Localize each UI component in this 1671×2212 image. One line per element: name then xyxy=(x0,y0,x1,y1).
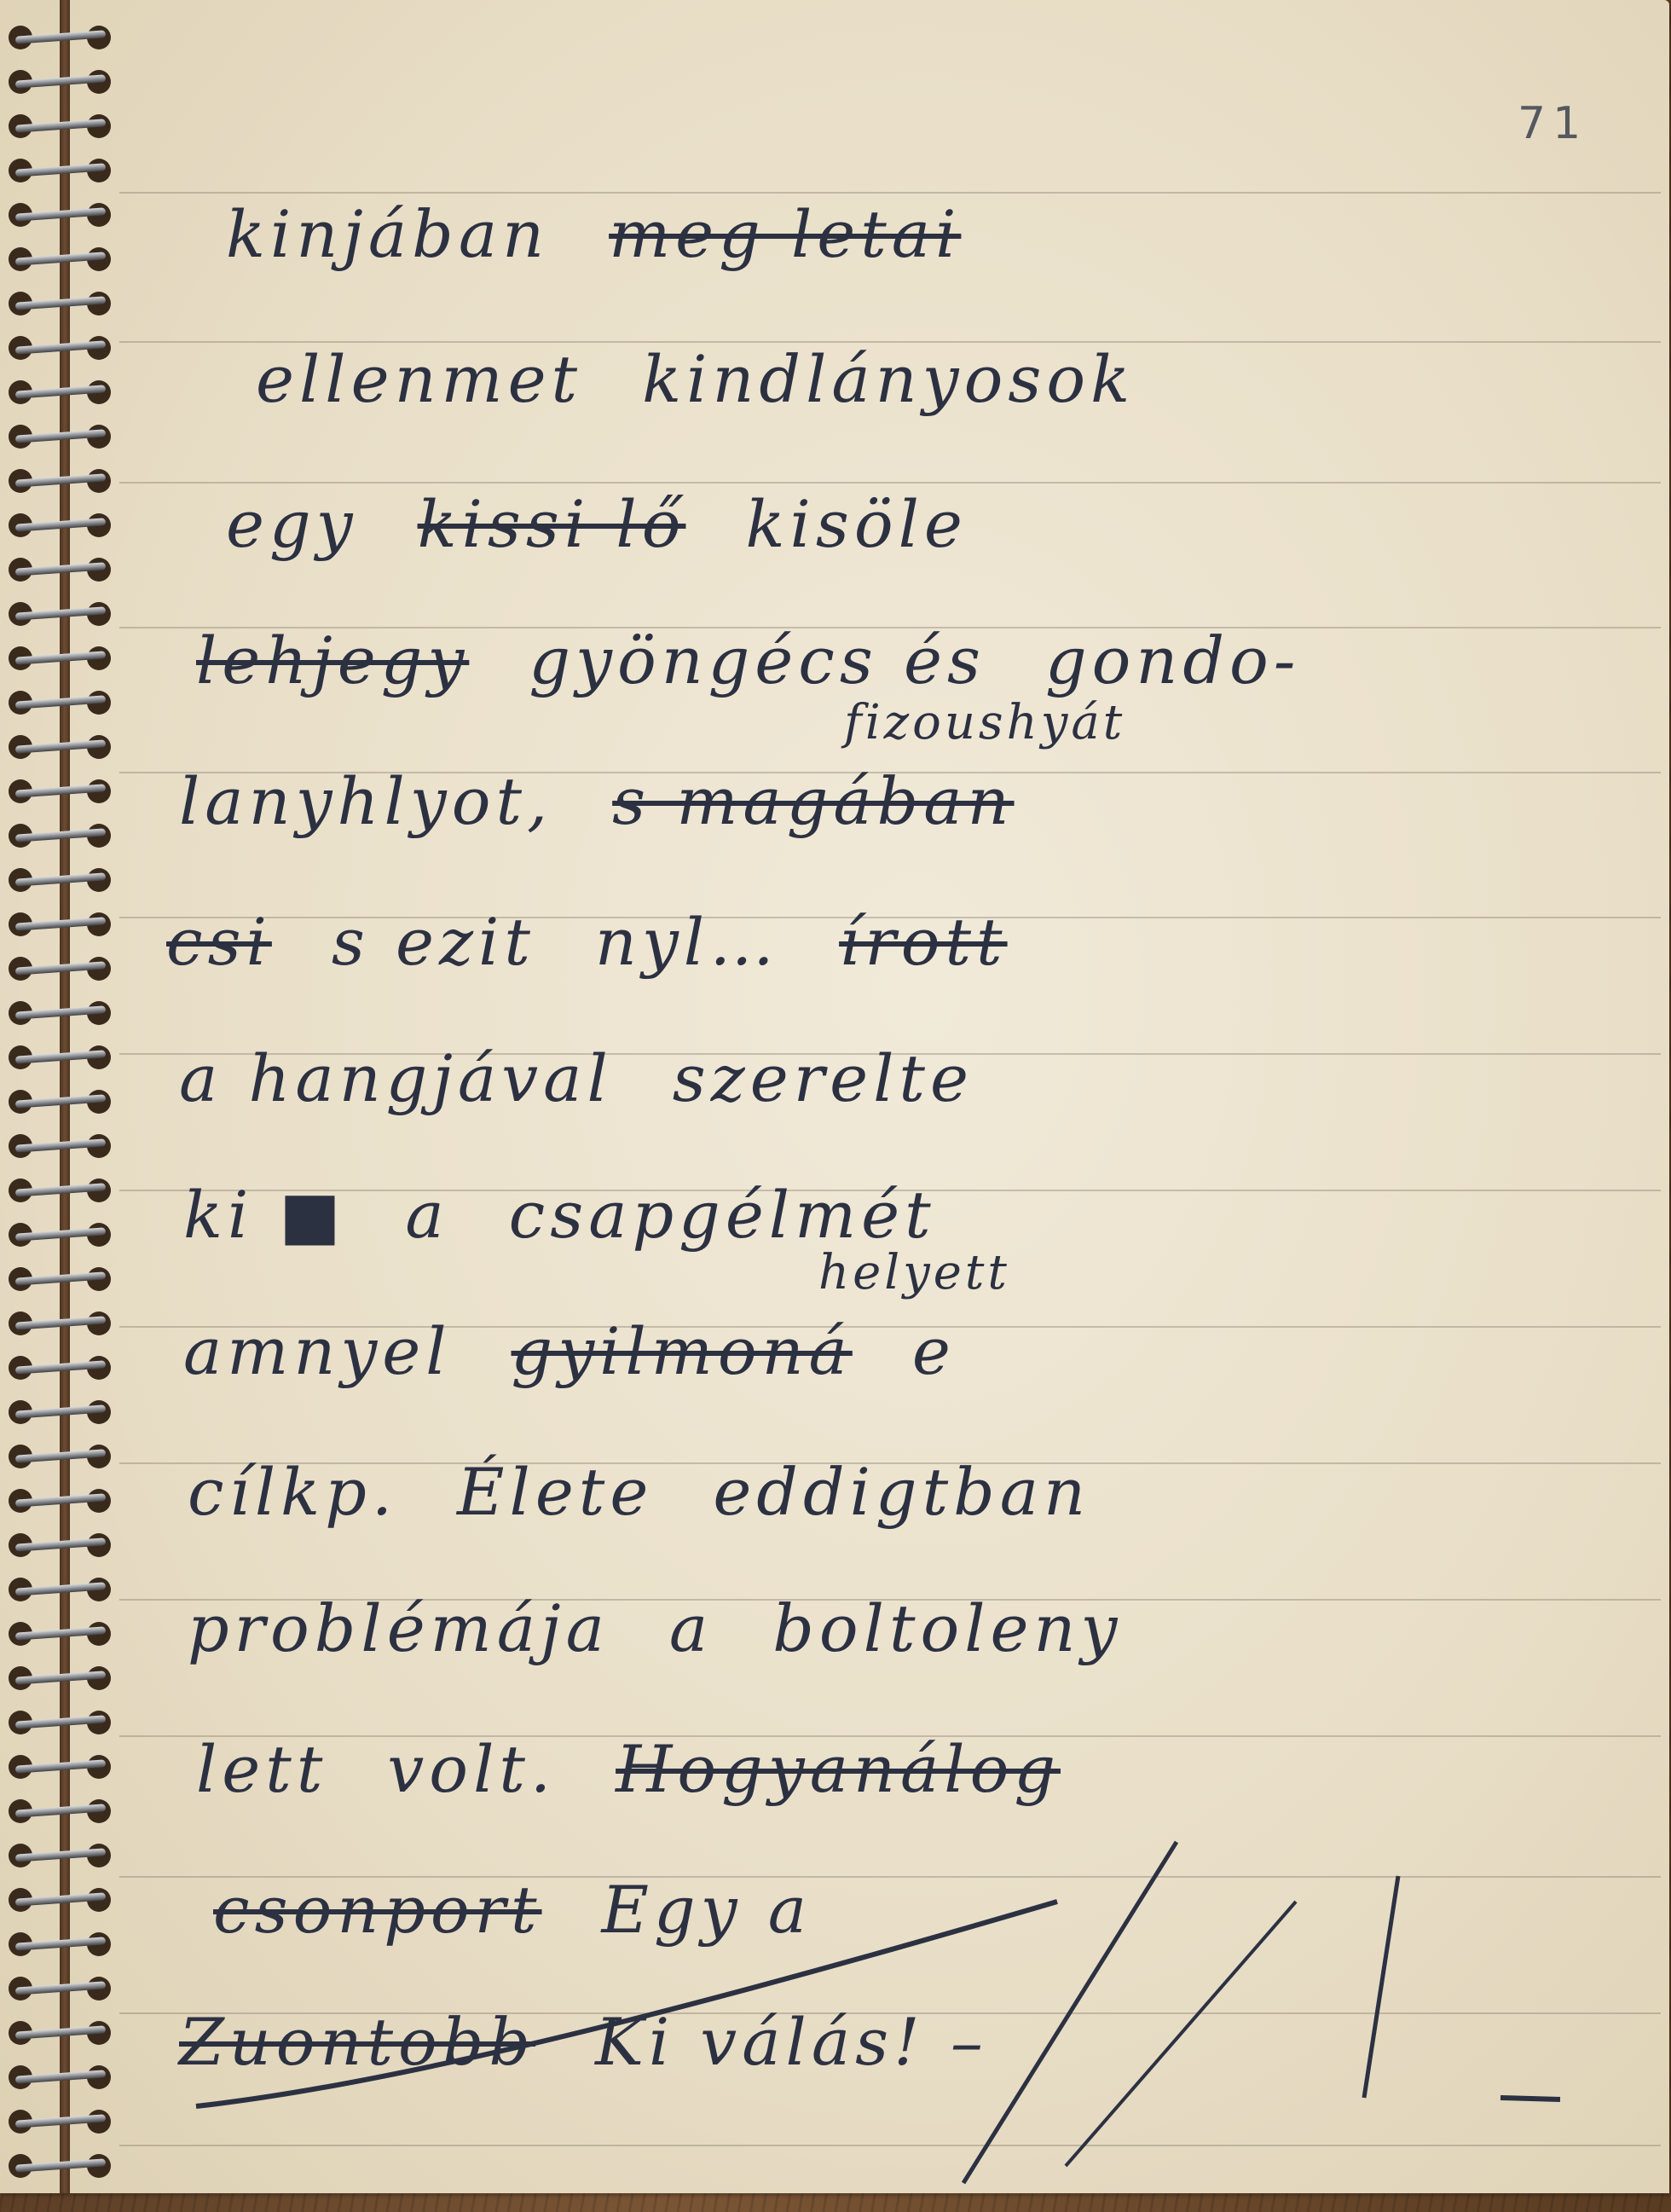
spiral-coil xyxy=(9,114,111,138)
spiral-coil xyxy=(9,1045,111,1069)
handwritten-line: ki ■acsapgélmét xyxy=(183,1177,996,1253)
handwritten-word: cílkp. xyxy=(188,1454,397,1530)
struck-word: írott xyxy=(839,904,1007,980)
interlinear-insertion: fizoushyát xyxy=(844,695,1125,750)
spiral-coil xyxy=(9,1400,111,1424)
spiral-coil xyxy=(9,558,111,582)
handwritten-line: kinjábanmeg letai xyxy=(226,196,1021,272)
spiral-coil xyxy=(9,691,111,715)
struck-word: lehjegy xyxy=(196,622,469,698)
spiral-coil xyxy=(9,1090,111,1114)
spiral-coil xyxy=(9,912,111,936)
notebook-page: 71 kinjábanmeg letaiellenmetkindlányosok… xyxy=(0,0,1669,2193)
handwritten-line: csis ezitnyl…írott xyxy=(166,904,1067,980)
handwritten-line: a hangjávalszerelte xyxy=(179,1040,1033,1116)
handwritten-word: kindlányosok xyxy=(642,341,1135,417)
spiral-coil xyxy=(9,957,111,981)
handwritten-line: lettvolt.Hogyanálog xyxy=(196,1731,1120,1807)
spiral-binding xyxy=(0,0,128,2193)
spiral-coil xyxy=(9,1134,111,1158)
page-number: 71 xyxy=(1518,98,1587,149)
handwritten-word: Élete xyxy=(457,1454,653,1530)
handwritten-word: Egy a xyxy=(602,1872,812,1948)
spiral-coil xyxy=(9,513,111,537)
handwritten-line: lanyhlyot,s magában xyxy=(179,763,1074,839)
handwritten-word: nyl… xyxy=(595,904,779,980)
handwritten-line: ZuontobbKi válás! – xyxy=(179,2004,1048,2080)
spiral-coil xyxy=(9,1666,111,1690)
spiral-coil xyxy=(9,1533,111,1557)
spiral-coil xyxy=(9,1977,111,2001)
handwritten-line: egykissi lőkisöle xyxy=(226,486,1027,562)
spiral-coil xyxy=(9,1755,111,1779)
spiral-coil xyxy=(9,1799,111,1823)
spiral-coil xyxy=(9,1356,111,1380)
spiral-coil xyxy=(9,380,111,404)
handwritten-line: ellenmetkindlányosok xyxy=(256,341,1194,417)
handwritten-word: gyöngécs és xyxy=(529,622,986,698)
rule-line xyxy=(119,2145,1661,2146)
handwritten-word: Ki válás! – xyxy=(595,2004,988,2080)
handwritten-word: problémája xyxy=(188,1590,610,1666)
struck-word: gyilmoná xyxy=(512,1313,853,1389)
spiral-coil xyxy=(9,779,111,803)
handwritten-word: egy xyxy=(226,486,358,562)
spiral-coil xyxy=(9,735,111,759)
spiral-coil xyxy=(9,2021,111,2045)
spiral-coil xyxy=(9,824,111,848)
spiral-coil xyxy=(9,1312,111,1335)
handwritten-word: csapgélmét xyxy=(509,1177,936,1253)
spiral-coil xyxy=(9,2154,111,2178)
spiral-coil xyxy=(9,1445,111,1468)
rule-line xyxy=(119,192,1661,194)
handwritten-word: ellenmet xyxy=(256,341,582,417)
handwritten-word: volt. xyxy=(387,1731,556,1807)
spiral-coil xyxy=(9,1223,111,1247)
spiral-coil xyxy=(9,1932,111,1956)
spiral-coil xyxy=(9,203,111,227)
spiral-coil xyxy=(9,292,111,316)
struck-word: s magában xyxy=(612,763,1014,839)
handwritten-line: problémájaaboltoleny xyxy=(188,1590,1182,1666)
spiral-coil xyxy=(9,1489,111,1513)
spiral-coil xyxy=(9,2065,111,2089)
handwritten-line: amnyelgyilmonáe xyxy=(183,1313,1015,1389)
handwritten-word: a xyxy=(405,1177,448,1253)
spiral-coil xyxy=(9,602,111,626)
spiral-coil xyxy=(9,1622,111,1646)
handwritten-word: lanyhlyot, xyxy=(179,763,552,839)
handwritten-line: lehjegygyöngécs ésgondo- xyxy=(196,622,1360,698)
handwritten-word: e xyxy=(912,1313,956,1389)
interlinear-insertion: helyett xyxy=(818,1245,1010,1300)
struck-word: kissi lő xyxy=(418,486,686,562)
handwritten-word: szerelte xyxy=(673,1040,974,1116)
handwritten-word: boltoleny xyxy=(772,1590,1122,1666)
spiral-coil xyxy=(9,159,111,182)
spiral-coil xyxy=(9,646,111,670)
spiral-coil xyxy=(9,1844,111,1867)
spiral-coil xyxy=(9,247,111,271)
handwritten-word: ki ■ xyxy=(183,1177,345,1253)
spiral-coil xyxy=(9,425,111,449)
spiral-coil xyxy=(9,1267,111,1291)
handwritten-word: a hangjával xyxy=(179,1040,613,1116)
handwritten-word: gondo- xyxy=(1045,622,1300,698)
struck-word: Zuontobb xyxy=(179,2004,535,2080)
spiral-coil xyxy=(9,1711,111,1734)
struck-word: csi xyxy=(166,904,272,980)
spiral-coil xyxy=(9,469,111,493)
handwritten-word: eddigtban xyxy=(713,1454,1090,1530)
spiral-coil xyxy=(9,70,111,94)
handwritten-word: a xyxy=(669,1590,713,1666)
handwritten-word: kisöle xyxy=(745,486,967,562)
struck-word: Hogyanálog xyxy=(616,1731,1061,1807)
rule-line xyxy=(119,482,1661,484)
struck-word: csonport xyxy=(213,1872,542,1948)
spiral-coil xyxy=(9,868,111,892)
handwritten-line: csonportEgy a xyxy=(213,1872,871,1948)
handwritten-word: kinjában xyxy=(226,196,549,272)
spiral-coil xyxy=(9,26,111,49)
struck-word: meg letai xyxy=(609,196,961,272)
handwritten-word: lett xyxy=(196,1731,327,1807)
handwritten-word: amnyel xyxy=(183,1313,452,1389)
handwritten-line: cílkp.Életeeddigtban xyxy=(188,1454,1150,1530)
spiral-coil xyxy=(9,1578,111,1601)
spiral-coil xyxy=(9,336,111,360)
spiral-coil xyxy=(9,1001,111,1025)
spiral-coil xyxy=(9,1178,111,1202)
handwritten-word: s ezit xyxy=(332,904,535,980)
spiral-coil xyxy=(9,2110,111,2134)
spiral-coil xyxy=(9,1888,111,1912)
